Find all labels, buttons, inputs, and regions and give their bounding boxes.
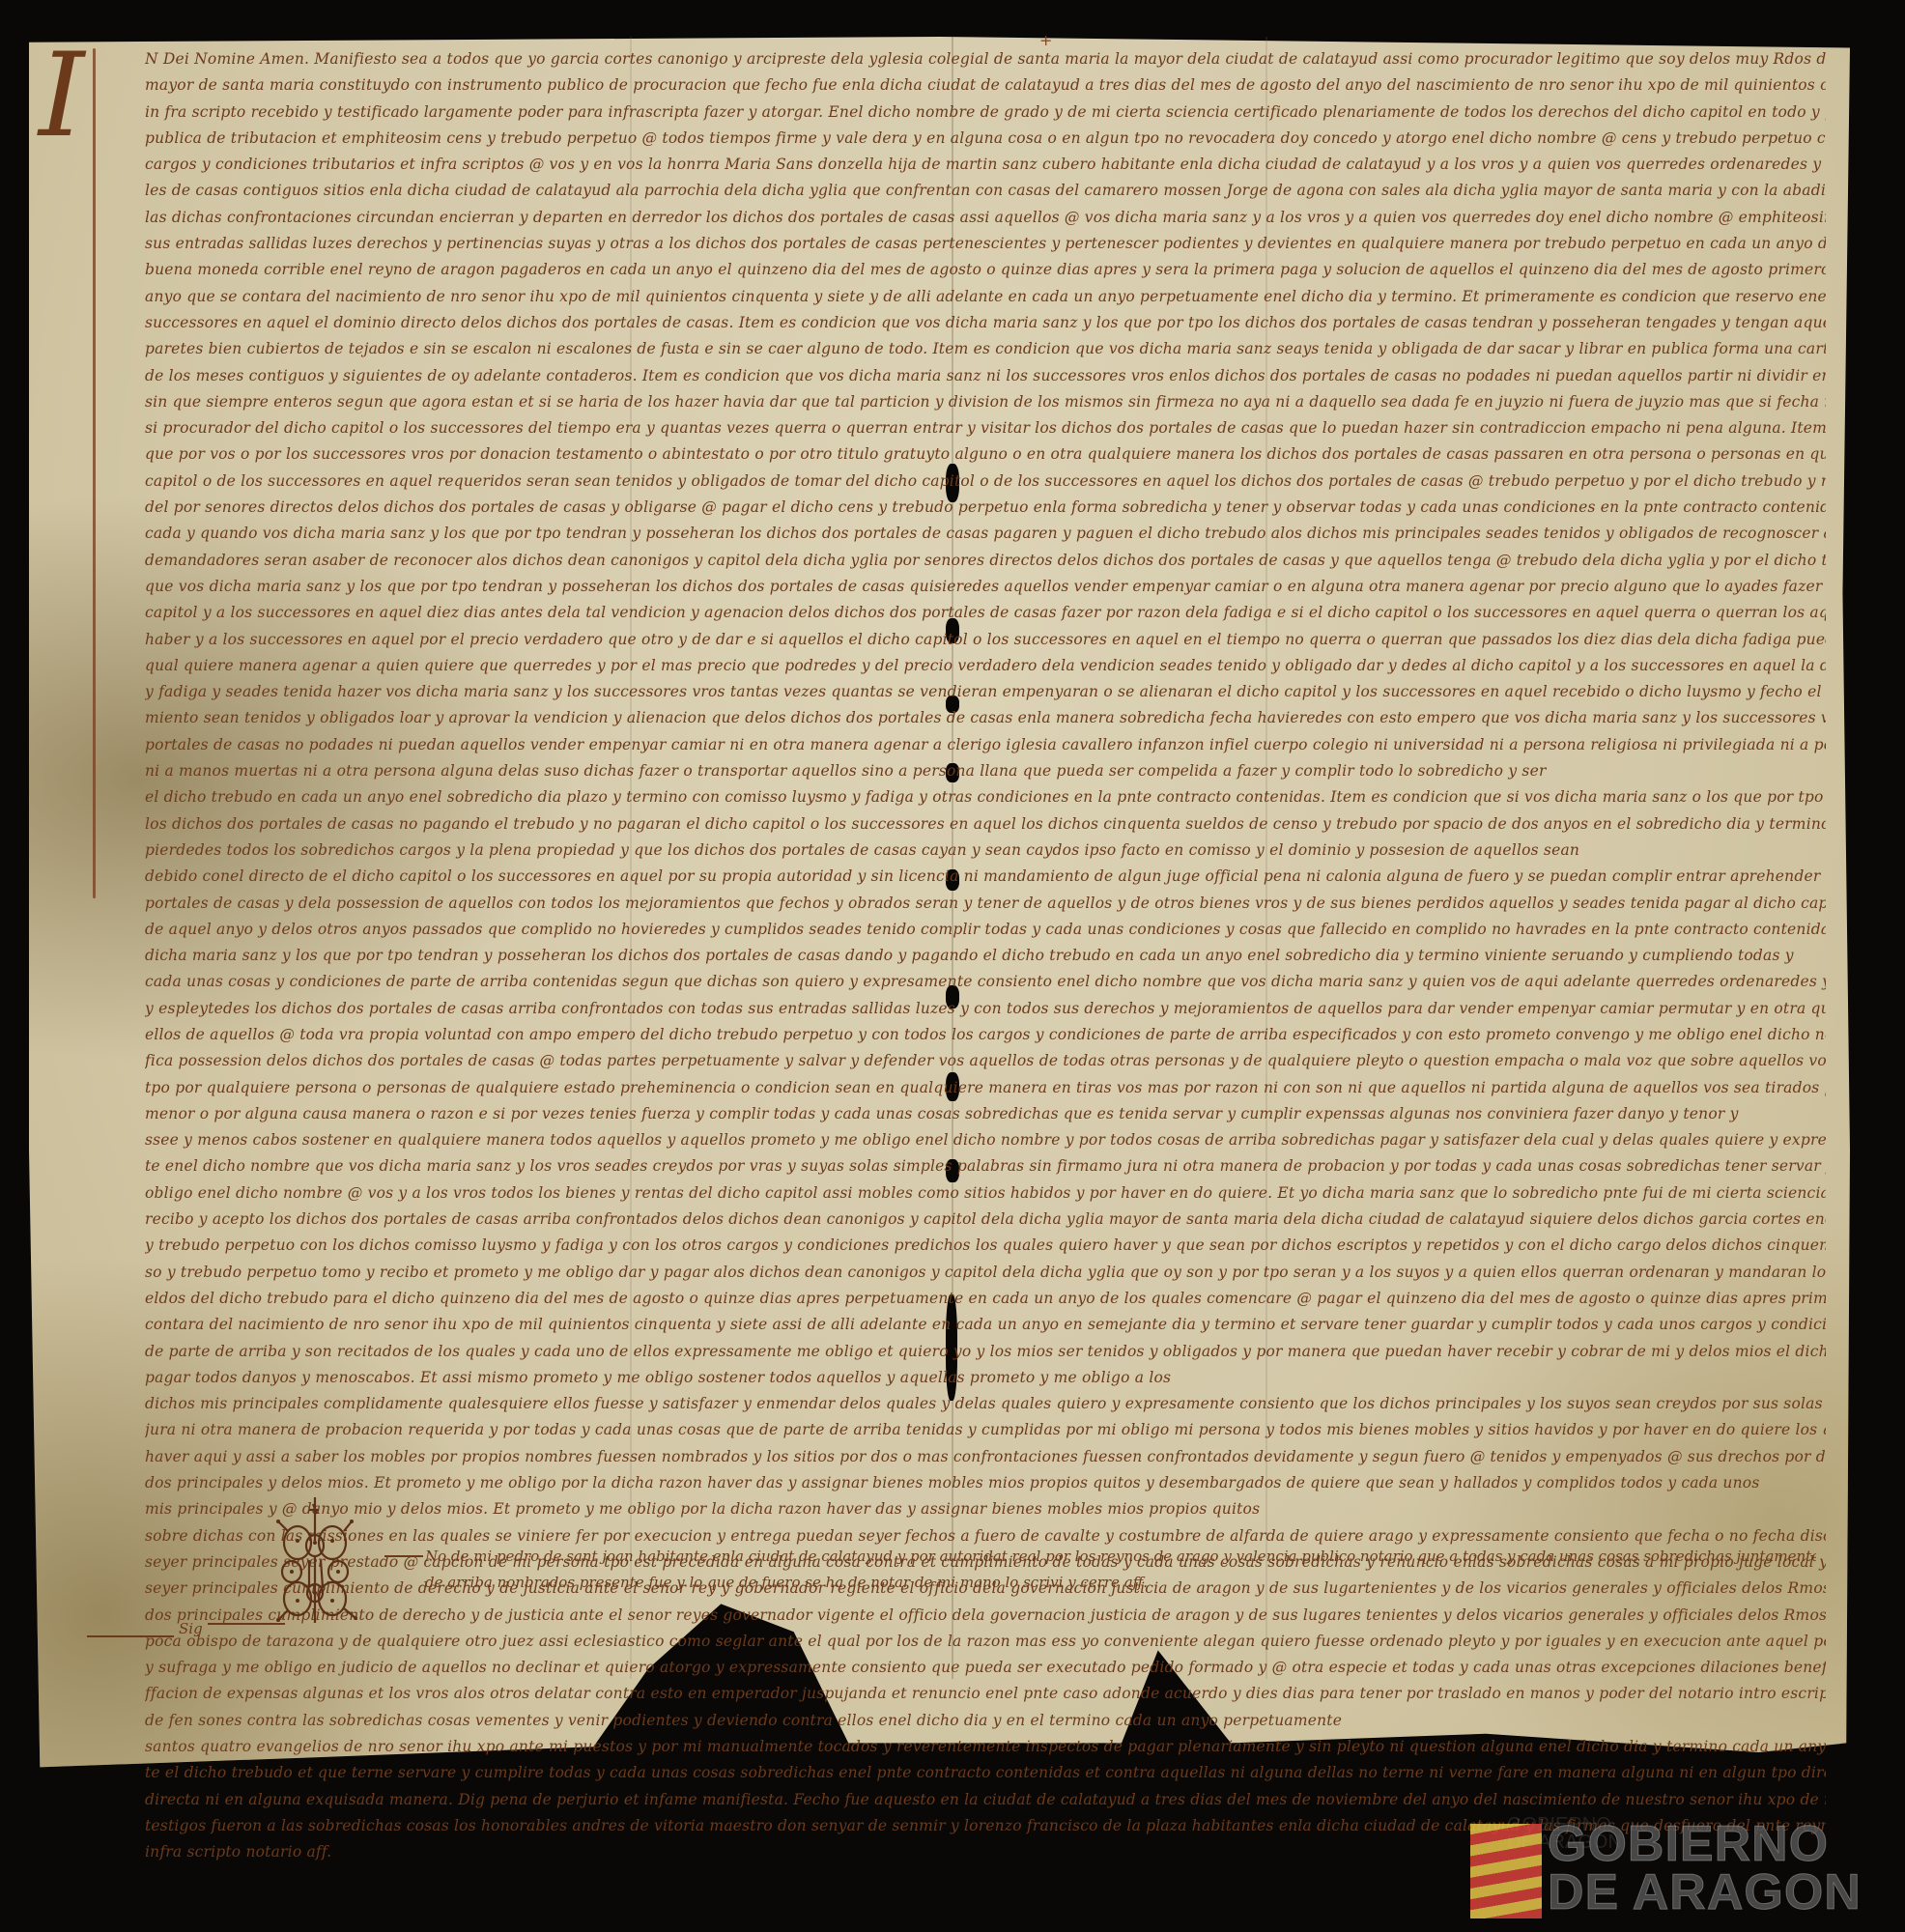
manuscript-line: mayor de santa maria constituydo con ins… xyxy=(145,72,1826,99)
manuscript-line: buena moneda corrible enel reyno de arag… xyxy=(145,257,1826,283)
manuscript-line: santos quatro evangelios de nro senor ih… xyxy=(145,1734,1826,1760)
manuscript-line: del por senores directos delos dichos do… xyxy=(145,495,1826,521)
manuscript-line: debido conel directo de el dicho capitol… xyxy=(145,864,1826,890)
manuscript-line: si procurador del dicho capitol o los su… xyxy=(145,415,1826,441)
manuscript-line: dichos mis principales complidamente qua… xyxy=(145,1391,1826,1417)
manuscript-line: cada unas cosas y condiciones de parte d… xyxy=(145,969,1826,995)
manuscript-line: poca obispo de tarazona y de qualquiere … xyxy=(145,1629,1826,1655)
manuscript-line: haver aqui y assi a saber los mobles por… xyxy=(145,1444,1826,1470)
signature-rule-middle xyxy=(208,1623,285,1625)
gobierno-de-aragon-watermark: GOBIERNO DE ARAGON xyxy=(1470,1824,1905,1932)
manuscript-line: fica possession delos dichos dos portale… xyxy=(145,1048,1826,1074)
manuscript-line: pierdedes todos los sobredichos cargos y… xyxy=(145,838,1826,864)
manuscript-line: los dichos dos portales de casas no paga… xyxy=(145,811,1826,838)
manuscript-line: directa ni en alguna exquisada manera. D… xyxy=(145,1787,1826,1813)
manuscript-line: paretes bien cubiertos de tejados e sin … xyxy=(145,336,1826,362)
notary-sig-label: Sig xyxy=(179,1620,203,1637)
manuscript-line: successores en aquel el dominio directo … xyxy=(145,310,1826,336)
manuscript-line: portales de casas y dela possession de a… xyxy=(145,891,1826,917)
manuscript-line: de fen sones contra las sobredichas cosa… xyxy=(145,1708,1826,1734)
manuscript-line: jura ni otra manera de probacion requeri… xyxy=(145,1417,1826,1443)
manuscript-line: N Dei Nomine Amen. Manifiesto sea a todo… xyxy=(145,46,1826,72)
notary-subscription: No de mi pedro de sant joan habitante en… xyxy=(425,1544,1816,1596)
manuscript-line: ni a manos muertas ni a otra persona alg… xyxy=(145,758,1826,784)
manuscript-line: haber y a los successores en aquel por e… xyxy=(145,627,1826,653)
manuscript-line: y fadiga y seades tenida hazer vos dicha… xyxy=(145,679,1826,705)
manuscript-line: capitol y a los successores en aquel die… xyxy=(145,600,1826,626)
manuscript-line: de parte de arriba y son recitados de lo… xyxy=(145,1339,1826,1365)
manuscript-line: cada y quando vos dicha maria sanz y los… xyxy=(145,521,1826,547)
manuscript-line: qual quiere manera agenar a quien quiere… xyxy=(145,653,1826,679)
notary-subscription-line-1: No de mi pedro de sant joan habitante en… xyxy=(425,1544,1816,1570)
manuscript-line: de aquel anyo y delos otros anyos passad… xyxy=(145,917,1826,943)
manuscript-line: ffacion de expensas algunas et los vros … xyxy=(145,1681,1826,1707)
notary-subscription-line-2: de arriba nonbrados presente fue y lo qu… xyxy=(425,1570,1816,1596)
watermark-text: GOBIERNO DE ARAGON xyxy=(1548,1820,1862,1917)
manuscript-line: in fra scripto recebido y testificado la… xyxy=(145,99,1826,126)
manuscript-line: so y trebudo perpetuo tomo y recibo et p… xyxy=(145,1260,1826,1286)
manuscript-line: sin que siempre enteros segun que agora … xyxy=(145,389,1826,415)
manuscript-line: pagar todos danyos y menoscabos. Et assi… xyxy=(145,1365,1826,1391)
signature-rule-left xyxy=(87,1635,174,1637)
notary-sign-icon xyxy=(259,1492,384,1628)
manuscript-line: y espleytedes los dichos dos portales de… xyxy=(145,996,1826,1022)
initial-descender-stroke xyxy=(93,48,96,898)
manuscript-line: te enel dicho nombre que vos dicha maria… xyxy=(145,1153,1826,1179)
manuscript-line: te el dicho trebudo et que terne servare… xyxy=(145,1760,1826,1786)
manuscript-line: demandadores seran asaber de reconocer a… xyxy=(145,548,1826,574)
manuscript-line: publica de tributacion et emphiteosim ce… xyxy=(145,126,1826,152)
manuscript-line: que por vos o por los successores vros p… xyxy=(145,441,1826,468)
manuscript-line: ellos de aquellos @ toda vra propia volu… xyxy=(145,1022,1826,1048)
manuscript-line: capitol o de los successores en aquel re… xyxy=(145,469,1826,495)
manuscript-line: portales de casas no podades ni puedan a… xyxy=(145,732,1826,758)
manuscript-line: y trebudo perpetuo con los dichos comiss… xyxy=(145,1233,1826,1259)
manuscript-line: mis principales y @ danyo mio y delos mi… xyxy=(145,1496,1826,1522)
manuscript-line: miento sean tenidos y obligados loar y a… xyxy=(145,705,1826,731)
manuscript-line: ssee y menos cabos sostener en qualquier… xyxy=(145,1127,1826,1153)
manuscript-line: tpo por qualquiere persona o personas de… xyxy=(145,1075,1826,1101)
manuscript-line: anyo que se contara del nacimiento de nr… xyxy=(145,284,1826,310)
manuscript-line: recibo y acepto los dichos dos portales … xyxy=(145,1207,1826,1233)
manuscript-line: dos principales cumplimiento de derecho … xyxy=(145,1603,1826,1629)
manuscript-line: les de casas contiguos sitios enla dicha… xyxy=(145,178,1826,204)
manuscript-line: que vos dicha maria sanz y los que por t… xyxy=(145,574,1826,600)
manuscript-line: de los meses contiguos y siguientes de o… xyxy=(145,363,1826,389)
aragon-flag-icon xyxy=(1470,1824,1542,1918)
manuscript-line: y sufraga y me obligo en judicio de aque… xyxy=(145,1655,1826,1681)
manuscript-line: dicha maria sanz y los que por tpo tendr… xyxy=(145,943,1826,969)
manuscript-line: sus entradas sallidas luzes derechos y p… xyxy=(145,231,1826,257)
manuscript-line: eldos del dicho trebudo para el dicho qu… xyxy=(145,1286,1826,1312)
manuscript-line: el dicho trebudo en cada un anyo enel so… xyxy=(145,784,1826,810)
illuminated-initial: I xyxy=(39,39,84,155)
manuscript-line: cargos y condiciones tributarios et infr… xyxy=(145,152,1826,178)
manuscript-line: obligo enel dicho nombre @ vos y a los v… xyxy=(145,1180,1826,1207)
manuscript-line: menor o por alguna causa manera o razon … xyxy=(145,1101,1826,1127)
signature-rule-right xyxy=(384,1555,423,1557)
manuscript-line: dos principales y delos mios. Et prometo… xyxy=(145,1470,1826,1496)
manuscript-line: las dichas confrontaciones circundan enc… xyxy=(145,205,1826,231)
manuscript-line: contara del nacimiento de nro senor ihu … xyxy=(145,1312,1826,1338)
